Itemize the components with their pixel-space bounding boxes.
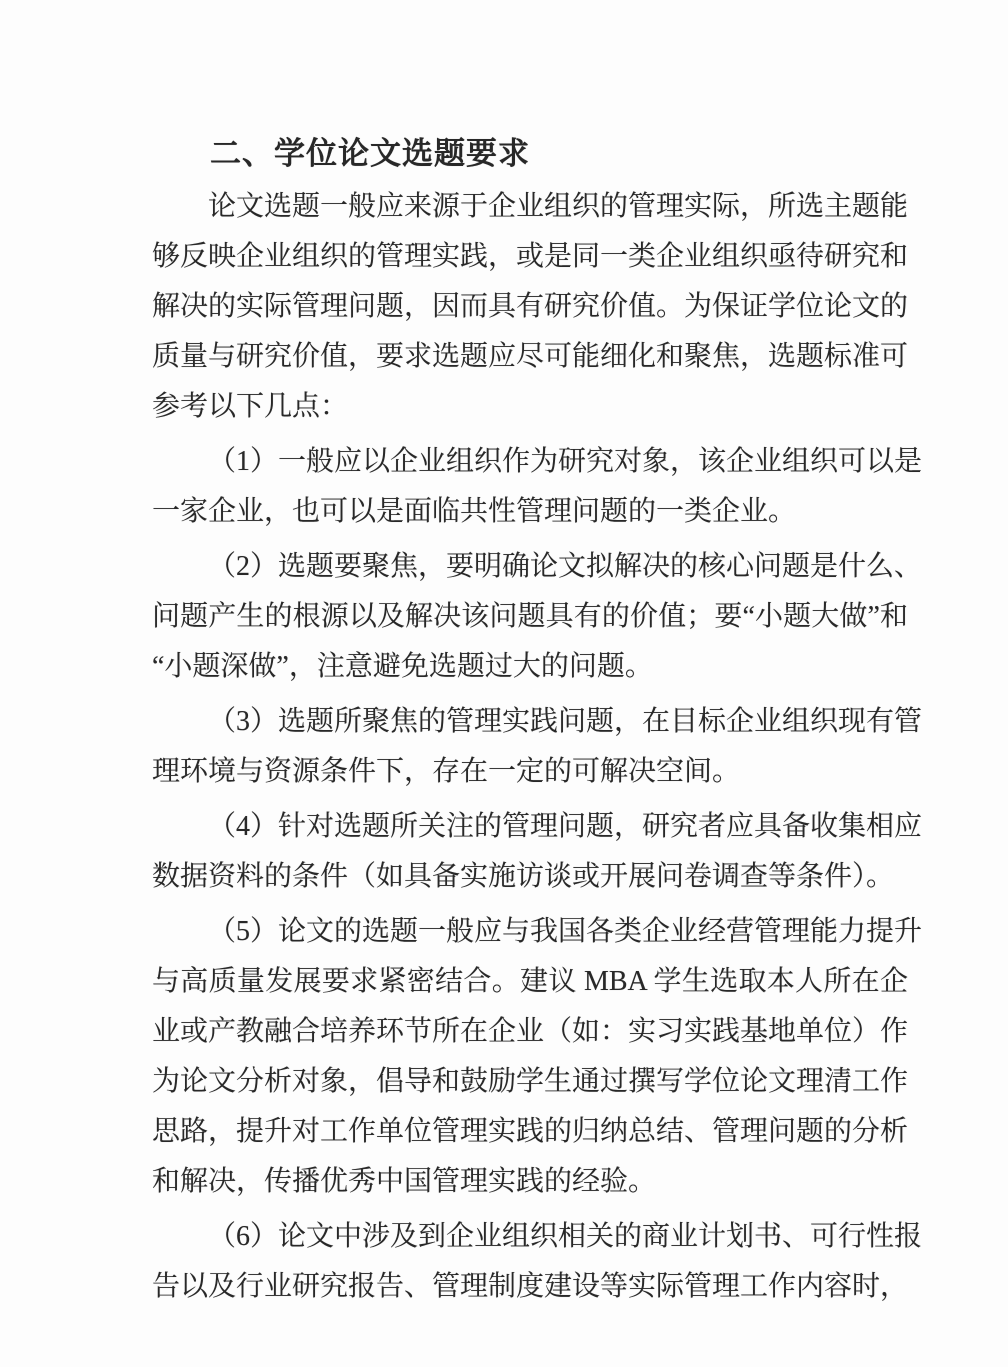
text-line: “小题深做”，注意避免选题过大的问题。	[152, 642, 908, 692]
text-line: （1）一般应以企业组织作为研究对象，该企业组织可以是	[152, 437, 908, 487]
text-line: 与高质量发展要求紧密结合。建议 MBA 学生选取本人所在企	[152, 957, 908, 1007]
paragraphs: 论文选题一般应来源于企业组织的管理实际，所选主题能够反映企业组织的管理实践，或是…	[152, 182, 908, 1312]
text-line: 数据资料的条件（如具备实施访谈或开展问卷调查等条件）。	[152, 852, 908, 902]
text-line: 参考以下几点：	[152, 382, 908, 432]
document-page: 二、学位论文选题要求 论文选题一般应来源于企业组织的管理实际，所选主题能够反映企…	[0, 0, 1008, 1367]
paragraph: （1）一般应以企业组织作为研究对象，该企业组织可以是一家企业，也可以是面临共性管…	[152, 437, 908, 537]
paragraph: （2）选题要聚焦，要明确论文拟解决的核心问题是什么、问题产生的根源以及解决该问题…	[152, 542, 908, 692]
text-line: （6）论文中涉及到企业组织相关的商业计划书、可行性报	[152, 1212, 908, 1262]
paragraph: 论文选题一般应来源于企业组织的管理实际，所选主题能够反映企业组织的管理实践，或是…	[152, 182, 908, 432]
text-line: 问题产生的根源以及解决该问题具有的价值；要“小题大做”和	[152, 592, 908, 642]
text-line: 解决的实际管理问题，因而具有研究价值。为保证学位论文的	[152, 282, 908, 332]
paragraph: （5）论文的选题一般应与我国各类企业经营管理能力提升与高质量发展要求紧密结合。建…	[152, 907, 908, 1207]
paragraph: （6）论文中涉及到企业组织相关的商业计划书、可行性报告以及行业研究报告、管理制度…	[152, 1212, 908, 1312]
text-line: 思路，提升对工作单位管理实践的归纳总结、管理问题的分析	[152, 1107, 908, 1157]
paragraph: （3）选题所聚焦的管理实践问题，在目标企业组织现有管理环境与资源条件下，存在一定…	[152, 697, 908, 797]
text-line: （5）论文的选题一般应与我国各类企业经营管理能力提升	[152, 907, 908, 957]
section-heading: 二、学位论文选题要求	[210, 136, 908, 172]
text-line: （2）选题要聚焦，要明确论文拟解决的核心问题是什么、	[152, 542, 908, 592]
text-line: 够反映企业组织的管理实践，或是同一类企业组织亟待研究和	[152, 232, 908, 282]
text-line: 质量与研究价值，要求选题应尽可能细化和聚焦，选题标准可	[152, 332, 908, 382]
text-line: 一家企业，也可以是面临共性管理问题的一类企业。	[152, 487, 908, 537]
text-line: 业或产教融合培养环节所在企业（如：实习实践基地单位）作	[152, 1007, 908, 1057]
text-line: 理环境与资源条件下，存在一定的可解决空间。	[152, 747, 908, 797]
text-line: （3）选题所聚焦的管理实践问题，在目标企业组织现有管	[152, 697, 908, 747]
paragraph: （4）针对选题所关注的管理问题，研究者应具备收集相应数据资料的条件（如具备实施访…	[152, 802, 908, 902]
text-line: （4）针对选题所关注的管理问题，研究者应具备收集相应	[152, 802, 908, 852]
text-line: 论文选题一般应来源于企业组织的管理实际，所选主题能	[152, 182, 908, 232]
text-line: 告以及行业研究报告、管理制度建设等实际管理工作内容时，	[152, 1262, 908, 1312]
text-line: 为论文分析对象，倡导和鼓励学生通过撰写学位论文理清工作	[152, 1057, 908, 1107]
text-line: 和解决，传播优秀中国管理实践的经验。	[152, 1157, 908, 1207]
